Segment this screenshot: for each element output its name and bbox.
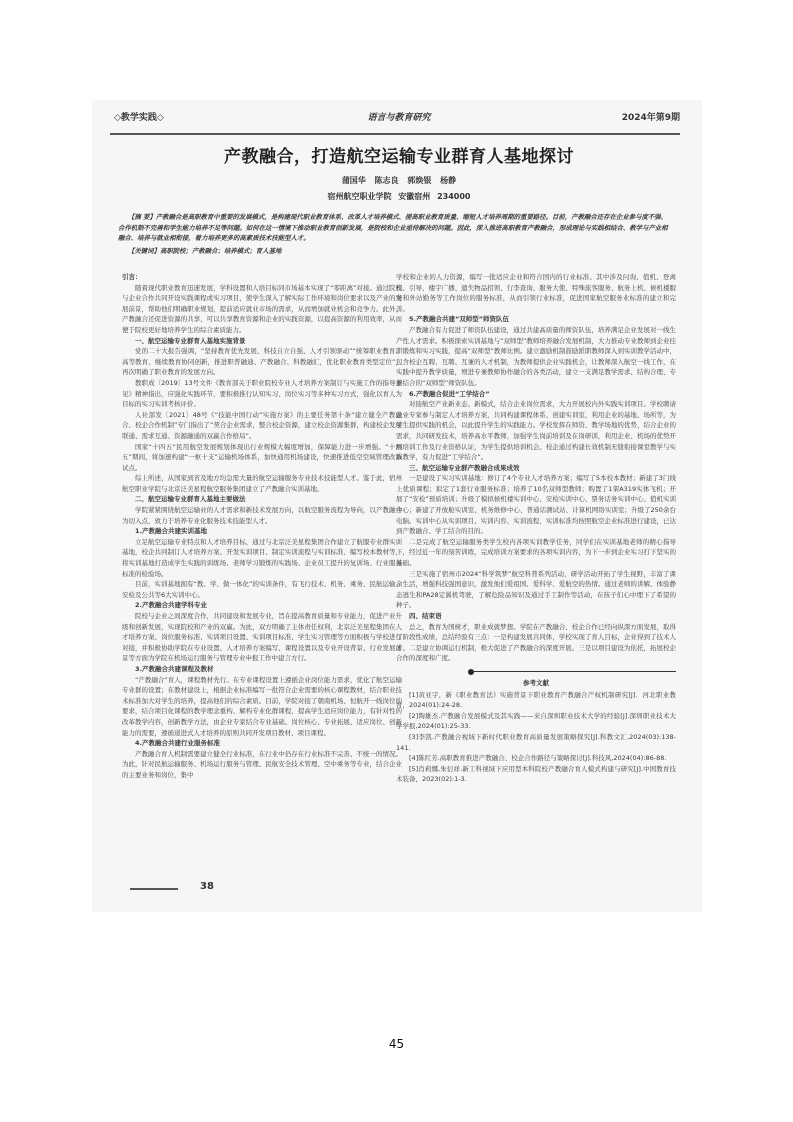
section-heading: 4.产教融合共建行业服务标准 [122, 738, 402, 749]
section-heading: 1.产教融合共建实训基地 [122, 526, 402, 537]
paragraph: 国家“十四五”民用航空发展规划体现出行业规模大幅度增加，保障能力进一步增强。“十… [122, 442, 402, 474]
paragraph: 产教融合育人机制需要建立健全行业标准，在行业中仍存在行业标准不完善、不统一的情况… [122, 749, 402, 781]
paragraph: 学校和企业的人力资源，编写一批适应企业和符合国内的行业标准。其中涉及问询、值机、… [396, 272, 676, 314]
right-column-body: 学校和企业的人力资源，编写一批适应企业和符合国内的行业标准。其中涉及问询、值机、… [396, 272, 676, 664]
reference-item: [4]陈红芳.高职教育推进产教融合、校企合作路径与策略探讨[J].科技风,202… [396, 753, 676, 764]
paper-title: 产教融合，打造航空运输专业群育人基地探讨 [110, 142, 688, 167]
paragraph: 综上所述，从国家到省及地方均急需大量的航空运输服务专业技术技能型人才。鉴于此，宿… [122, 473, 402, 494]
paragraph: 目前，实训基地拥有“教、学、做一体化”的实训条件，有飞行技术、机务、乘务、民航运… [122, 579, 402, 600]
paragraph: 学院紧紧围绕航空运输业的人才需求和新技术发展方向，以航空服务流程为导向，以产教融… [122, 505, 402, 526]
paragraph: 总之，教育为国树才，职业成就梦想。学院在产教融合、校企合作已经向纵深方面发展，取… [396, 622, 676, 664]
scan-page-number: 38 [200, 881, 214, 892]
header-rule [110, 133, 680, 135]
paragraph: “产教融合”育人，课程教材先行。在专业课程设置上遵循企业岗位能力需求，优化了航空… [122, 675, 402, 739]
page-content: ◇教学实践◇ 语言与教育研究 2024年第9期 产教融合，打造航空运输专业群育人… [110, 100, 688, 912]
section-heading: 三、航空运输专业群产教融合成果成效 [396, 463, 676, 474]
scanned-page: ◇教学实践◇ 语言与教育研究 2024年第9期 产教融合，打造航空运输专业群育人… [92, 100, 702, 912]
running-head: ◇教学实践◇ 语言与教育研究 2024年第9期 [110, 110, 688, 128]
keywords: 【关键词】高职院校；产教融合；培养模式；育人基地 [128, 246, 668, 256]
references-title: 参考文献 [396, 678, 676, 689]
section-heading: 二、航空运输专业群育人基地主要做法 [122, 494, 402, 505]
section-heading: 5.产教融合共建“双师型”师资队伍 [396, 314, 676, 325]
section-heading: 3.产教融合共建课程及教材 [122, 664, 402, 675]
abstract: 【摘 要】产教融合是高职教育中重要的发展模式，是构建现代职业教育体系、改革人才培… [118, 212, 673, 244]
paragraph: 院校与企业之间深度合作，共同建设和发展专业，旨在提高教育质量和专业能力，促进产业… [122, 611, 402, 664]
section-heading: 6.产教融合促进“工学结合” [396, 389, 676, 400]
section-heading: 引言： [122, 272, 402, 283]
paragraph: 立足航空运输专业特点和人才培养目标，通过与北京泛美星程集团合作建立了航服专业群实… [122, 537, 402, 579]
paragraph: 产教融合有力促进了师资队伍建设，通过共建高质量的师资队伍，培养满足企业发展对一线… [396, 325, 676, 389]
reference-item: [5]肖莉娜,朱衍祥.新工科视域下应用型本科院校产教融合育人模式构建与研究[J]… [396, 764, 676, 785]
section-divider [396, 668, 676, 676]
paragraph: 党的二十大报告强调，“坚持教育优先发展、科技自立自强、人才引领驱动”“统筹职业教… [122, 346, 402, 378]
section-heading: 2.产教融合共建学科专业 [122, 600, 402, 611]
reference-item: [2]陶雄杰.产教融合发展模式及其实践——来自深圳职业技术大学的经验[J].深圳… [396, 711, 676, 732]
authors: 蒲国华 陈志良 郭焕银 杨静 [110, 175, 688, 186]
footer-rule [130, 888, 178, 890]
paragraph: 一是建设了实习实训基地：修订了4个专业人才培养方案；编写了5本校本教材；新建了3… [396, 473, 676, 537]
page-number: 45 [0, 1037, 793, 1051]
paragraph: 人社部发〔2021〕48号《“技能中国行动”实施方案》的主要任务第十条“建立健全… [122, 410, 402, 442]
paragraph: 三是实施了宿州市2024“科学筑梦”航空科普系列活动，研学活动开拓了学生视野，丰… [396, 569, 676, 611]
affiliation: 宿州航空职业学院 安徽宿州 234000 [110, 191, 688, 202]
reference-item: [1]黄亚宇，新《职业教育法》实施背景下职业教育产教融合产权机制研究[J]．河北… [396, 690, 676, 711]
section-heading: 四、结束语 [396, 611, 676, 622]
paragraph: 教职成〔2019〕13号文件《教育部关于职业院校专业人才培养方案制订与实施工作的… [122, 378, 402, 410]
issue-label: 2024年第9期 [622, 110, 680, 123]
paragraph: 对接航空产业新业态、新模式，结合企业岗位需求，大力开展校内外实践实训项目。学校聘… [396, 399, 676, 463]
journal-name: 语言与教育研究 [110, 110, 688, 123]
paragraph: 二是完成了航空运输服务类学生校内各项实训教学任务，同学们在实训基地老师的精心指导… [396, 537, 676, 569]
section-heading: 一、航空运输专业群育人基地实施背景 [122, 336, 402, 347]
paragraph: 随着现代职业教育迅速发展，学科设置和人培目标同市场基本实现了“零距离”对接。通过… [122, 283, 402, 336]
references-list: [1]黄亚宇，新《职业教育法》实施背景下职业教育产教融合产权机制研究[J]．河北… [396, 690, 676, 785]
right-column: 学校和企业的人力资源，编写一批适应企业和符合国内的行业标准。其中涉及问询、值机、… [396, 272, 676, 785]
divider-line [471, 671, 676, 672]
reference-item: [3]李凯.产教融合视域下新时代职业教育高质量发展策略探究[J].科教文汇,20… [396, 732, 676, 753]
left-column: 引言：随着现代职业教育迅速发展，学科设置和人培目标同市场基本实现了“零距离”对接… [122, 272, 402, 781]
